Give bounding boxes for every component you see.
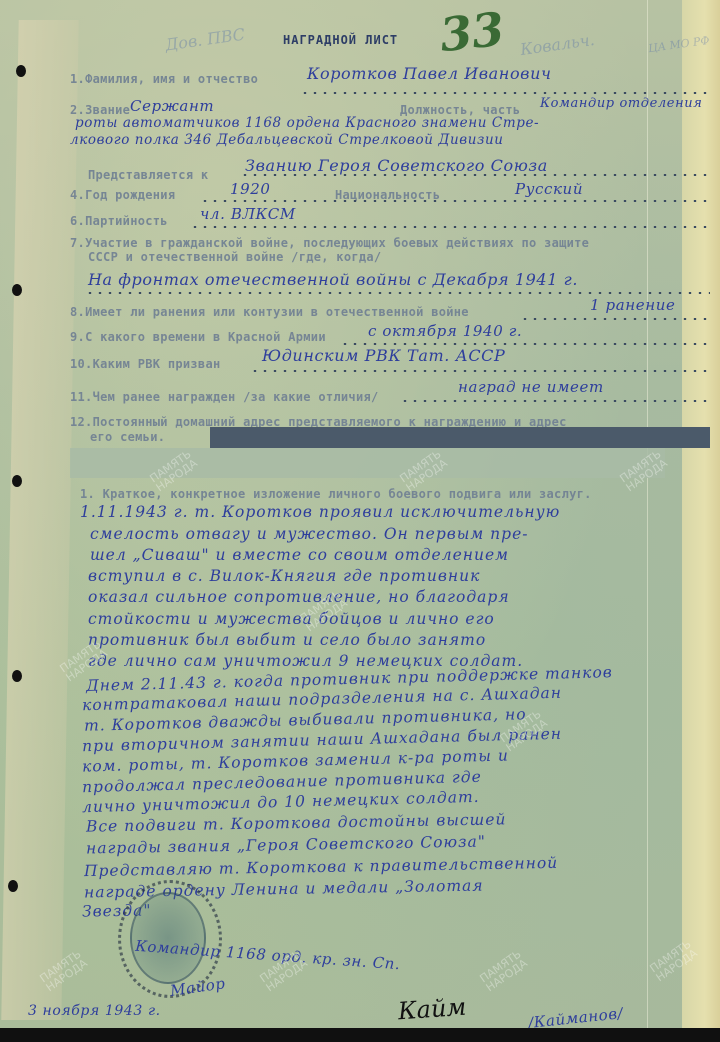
field-value-rank: Сержант: [130, 97, 214, 115]
punch-hole: [12, 284, 22, 296]
watermark: ПАМЯТЬНАРОДА: [478, 948, 529, 993]
field-label-participation-2: СССР и отечественной войне /где, когда/: [88, 250, 381, 264]
field-label-draft-office: 10.Каким РВК призван: [70, 357, 221, 371]
field-value-wounds: 1 ранение: [590, 296, 675, 314]
punch-hole: [8, 880, 18, 892]
dotted-line: [520, 318, 710, 320]
field-value-draft-office: Юдинским РВК Тат. АССР: [262, 346, 505, 365]
paper-edge-right: [682, 0, 720, 1030]
field-label-wounds: 8.Имеет ли ранения или контузии в отечес…: [70, 305, 469, 319]
field-label-address-2: его семьи.: [90, 430, 165, 444]
scan-border: [0, 1028, 720, 1042]
document-date: 3 ноября 1943 г.: [28, 1003, 161, 1019]
dotted-line: [300, 92, 710, 94]
narrative-line: смелость отвагу и мужество. Он первым пр…: [90, 525, 528, 543]
field-value-nationality: Русский: [515, 180, 583, 198]
field-label-participation-1: 7.Участие в гражданской войне, последующ…: [70, 236, 589, 250]
field-label-presented: Представляется к: [88, 168, 208, 182]
dotted-line: [340, 343, 710, 345]
field-label-name: 1.Фамилия, имя и отчество: [70, 72, 258, 86]
narrative-line: стойкости и мужества бойцов и лично его: [88, 610, 495, 628]
narrative-line: вступил в с. Вилок-Княгия где противник: [88, 567, 480, 585]
fold-line: [647, 0, 648, 1030]
field-label-party: 6.Партийность: [70, 214, 168, 228]
field-value-name: Коротков Павел Иванович: [307, 64, 552, 83]
document-title: НАГРАДНОЙ ЛИСТ: [283, 33, 398, 47]
punch-hole: [16, 65, 26, 77]
narrative-line: шел „Сиваш" и вместе со своим отделением: [90, 546, 509, 564]
field-value-position-1: Командир отделения: [540, 96, 702, 111]
redacted-address: [210, 427, 710, 448]
faint-stamp: Дов. ПВС: [164, 25, 246, 55]
faint-stamp: Ковальч.: [519, 30, 596, 59]
narrative-line: 1.11.1943 г. т. Коротков проявил исключи…: [80, 503, 560, 521]
field-value-party: чл. ВЛКСМ: [200, 205, 296, 223]
handwritten-number: 33: [437, 2, 506, 62]
narrative-line: противник был выбит и село было занято: [88, 631, 486, 649]
narrative-line: награды звания „Героя Советского Союза": [86, 833, 486, 858]
field-value-birth-year: 1920: [230, 180, 271, 198]
narrative-line: оказал сильное сопротивление, но благода…: [88, 588, 510, 606]
dotted-line: [190, 226, 710, 228]
punch-hole: [12, 475, 22, 487]
field-value-participation: На фронтах отечественной войны с Декабря…: [88, 270, 578, 289]
field-value-prior-awards: наград не имеет: [458, 378, 604, 396]
punch-hole: [12, 670, 22, 682]
field-value-position-3: лкового полка 346 Дебальцевской Стрелков…: [70, 132, 504, 148]
field-value-position-2: роты автоматчиков 1168 ордена Красного з…: [75, 115, 539, 131]
narrative-line: Представляю т. Короткова к правительстве…: [84, 854, 558, 880]
signature: Кайм: [397, 993, 467, 1026]
field-value-presented: Званию Героя Советского Союза: [245, 156, 548, 175]
dotted-line: [400, 400, 710, 402]
paper-strip-left: [1, 20, 78, 1020]
dotted-line: [250, 370, 710, 372]
dotted-line: [85, 292, 710, 294]
dotted-line: [240, 174, 710, 176]
award-sheet: Дов. ПВС Ковальч. ЦА МО РФ 33 НАГРАДНОЙ …: [0, 0, 720, 1030]
field-label-service-start: 9.С какого времени в Красной Армии: [70, 330, 326, 344]
field-label-birth-year: 4.Год рождения: [70, 188, 175, 202]
field-value-service-start: с октября 1940 г.: [368, 322, 522, 340]
dotted-line: [200, 200, 710, 202]
field-label-prior-awards: 11.Чем ранее награжден /за какие отличия…: [70, 390, 379, 404]
